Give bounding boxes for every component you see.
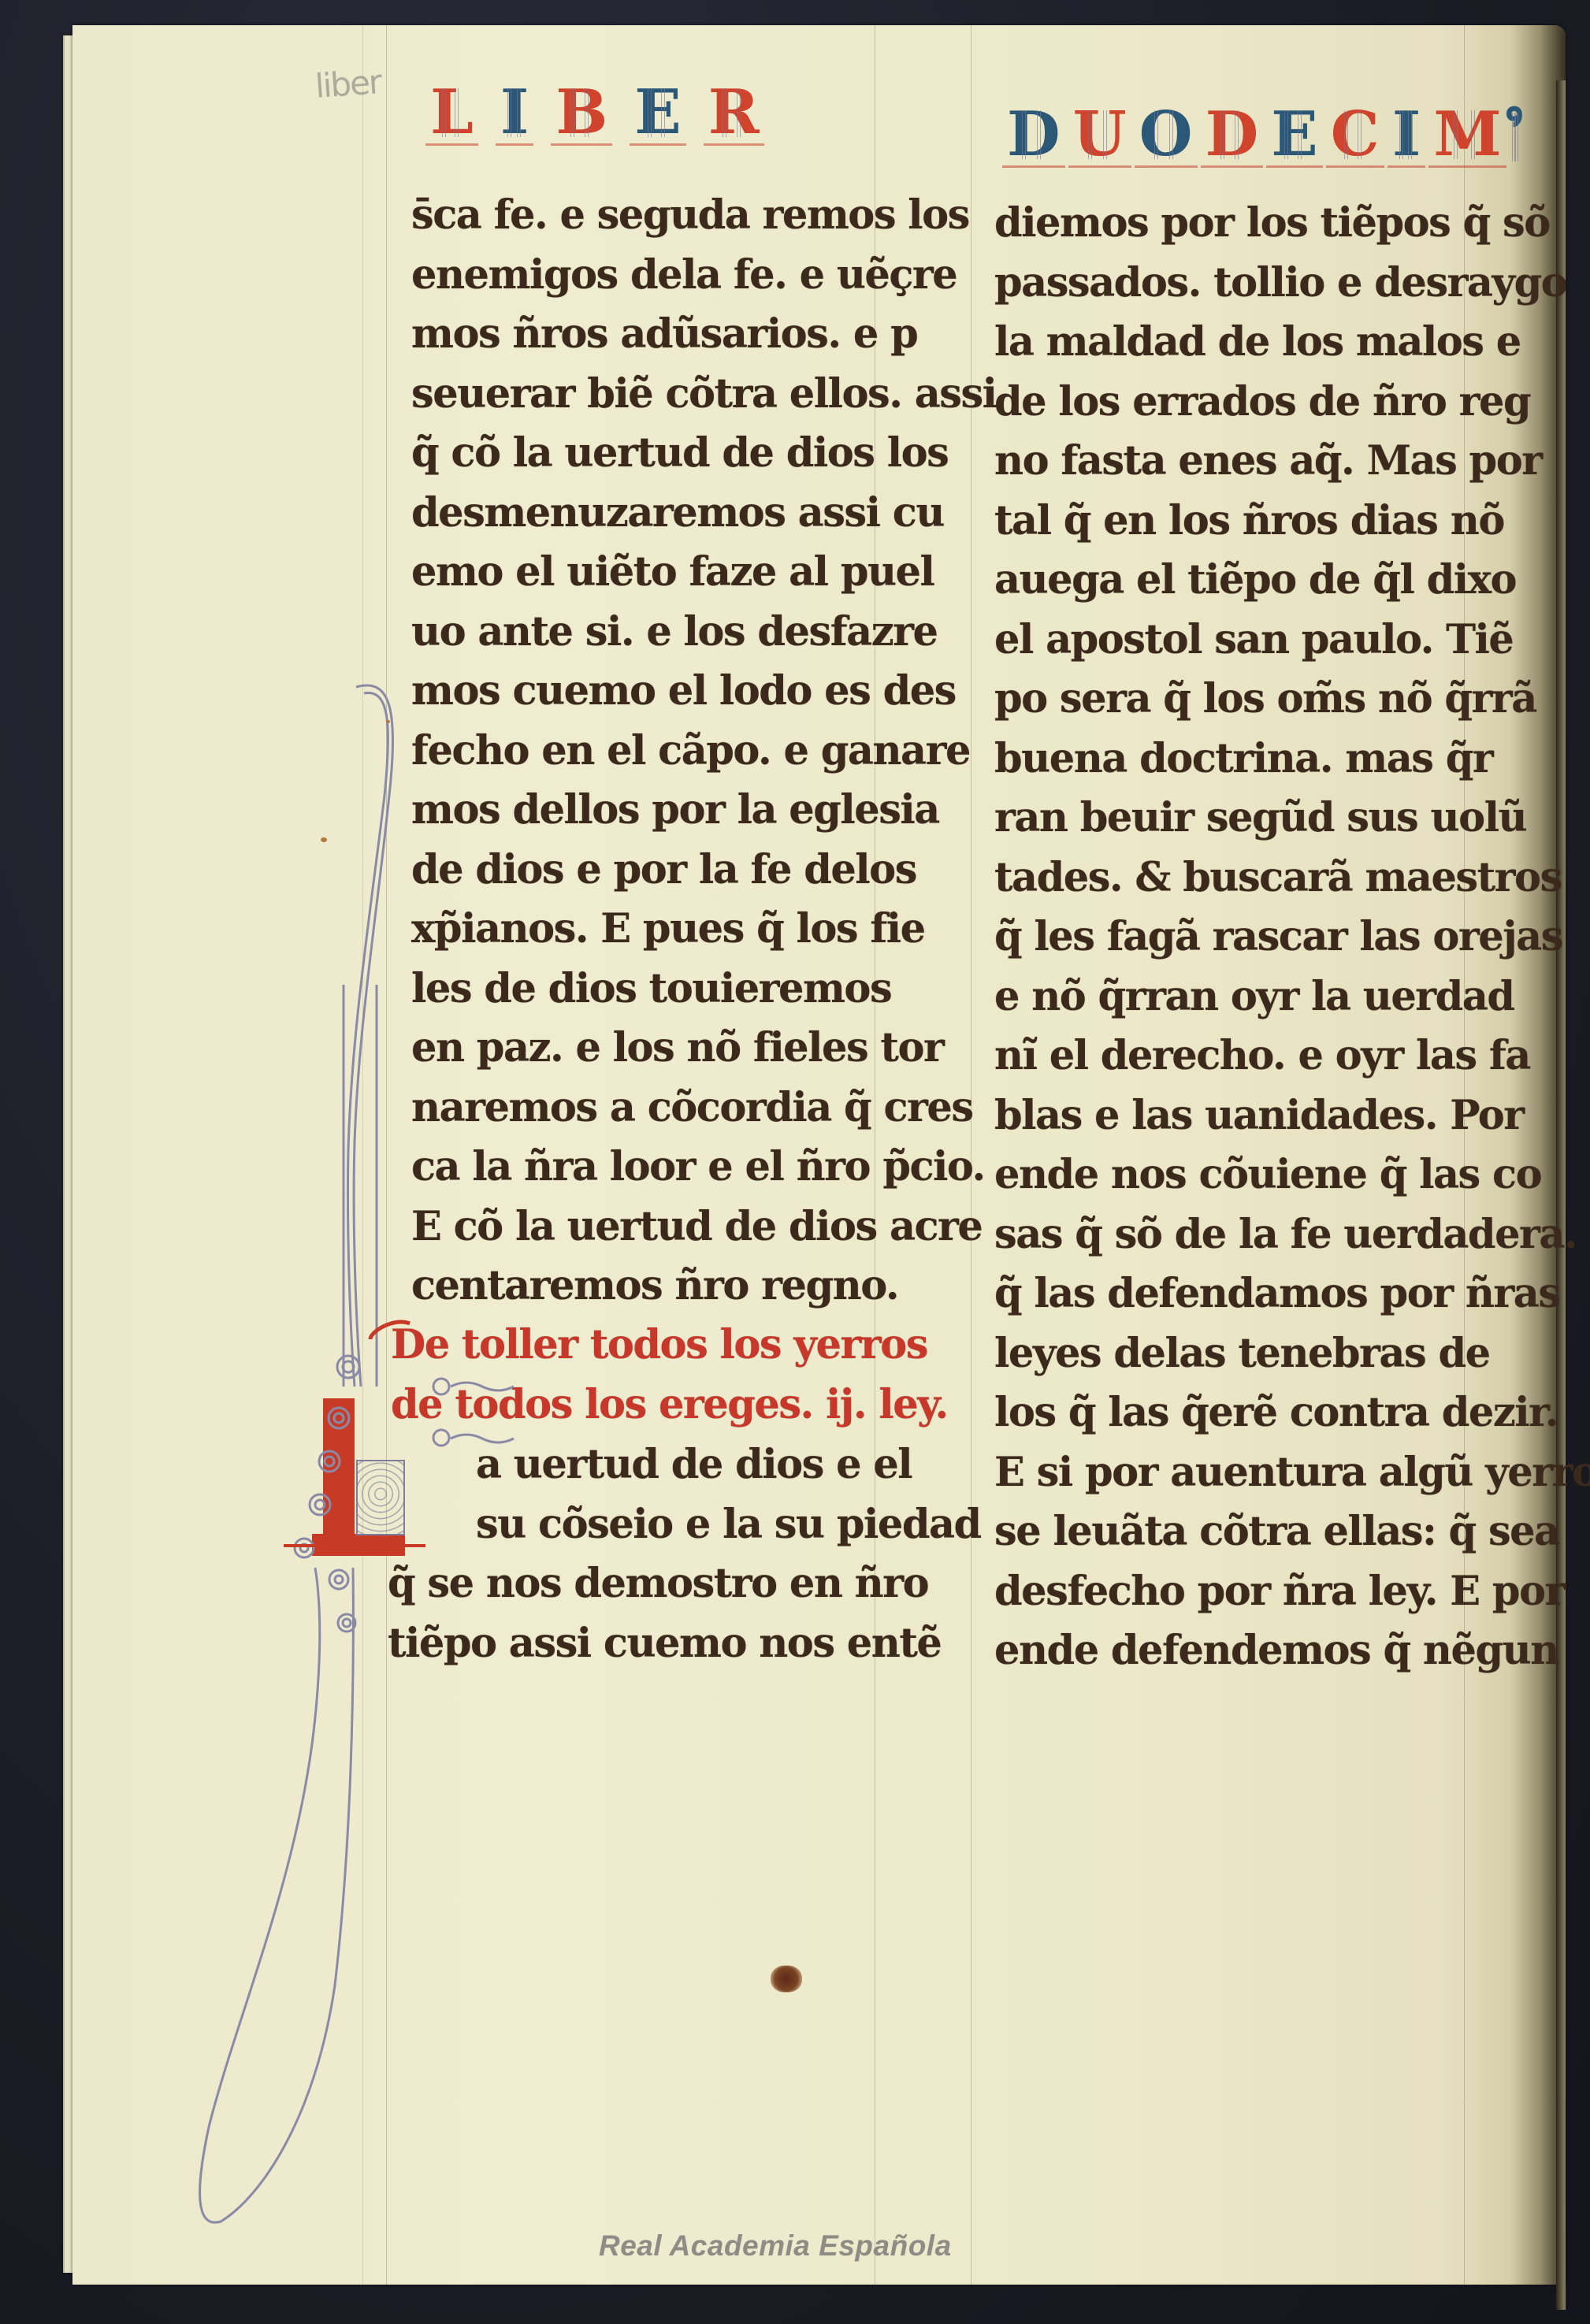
text-line: fecho en el cãpo. e ganare bbox=[411, 722, 997, 781]
ruling-line-outer-margin bbox=[362, 25, 363, 2285]
text-line: uo ante si. e los desfazre bbox=[411, 603, 997, 663]
text-line: mos cuemo el lodo es des bbox=[411, 662, 997, 722]
institution-watermark: Real Academia Española bbox=[599, 2229, 952, 2263]
text-line: leyes delas tenebras de bbox=[994, 1324, 1590, 1384]
ruling-line-left-col-left bbox=[386, 25, 387, 2285]
text-line: naremos a cõcordia q̃ cres bbox=[411, 1078, 997, 1138]
text-line: E si por auentura algũ yerro bbox=[994, 1443, 1590, 1503]
decorated-initial-l bbox=[312, 1398, 405, 1560]
text-line: blas e las uanidades. Por bbox=[994, 1086, 1590, 1146]
text-line: su cõseio e la su piedad bbox=[476, 1495, 981, 1555]
left-text-column: s̄ca fe. e seguda remos los enemigos del… bbox=[411, 186, 997, 1316]
text-line: e nõ q̃rran oyr la uerdad bbox=[994, 967, 1590, 1027]
running-head-letter: M bbox=[1428, 104, 1506, 168]
initial-filigree-box bbox=[356, 1460, 405, 1535]
running-head-letter: I bbox=[496, 82, 534, 146]
rubric-line: De toller todos los yerros bbox=[391, 1316, 948, 1375]
text-line: los q̃ las q̃erẽ contra dezir. bbox=[994, 1383, 1590, 1443]
text-line: ran beuir segũd sus uolũ bbox=[994, 789, 1590, 848]
text-line: de los errados de ñro reg bbox=[994, 373, 1590, 433]
text-line: tades. & buscarã maestros bbox=[994, 848, 1590, 908]
text-line: la maldad de los malos e bbox=[994, 313, 1590, 373]
running-head-right: D U O D E C I M ᷒ bbox=[1002, 104, 1519, 168]
text-line: a uertud de dios e el bbox=[476, 1435, 981, 1495]
left-text-column-end: q̃ se nos demostro en ñro tiẽpo assi c… bbox=[388, 1554, 941, 1673]
text-line: po sera q̃ los om̃s nõ q̃rrã bbox=[994, 670, 1590, 729]
left-text-column-continued: a uertud de dios e el su cõseio e la su… bbox=[476, 1435, 981, 1554]
text-line: de dios e por la fe delos bbox=[411, 841, 997, 900]
text-line: passados. tollio e desraygo bbox=[994, 254, 1590, 314]
text-line: mos dellos por la eglesia bbox=[411, 781, 997, 841]
running-head-left: L I B E R bbox=[425, 82, 764, 146]
initial-foot bbox=[312, 1534, 405, 1556]
right-text-column: diemos por los tiẽpos q̃ sõ passados. … bbox=[994, 194, 1590, 1681]
text-line: q̃ las defendamos por ñras bbox=[994, 1264, 1590, 1324]
ink-speck bbox=[321, 837, 327, 842]
text-line: desmenuzaremos assi cu bbox=[411, 484, 997, 544]
text-line: q̃ les fagã rascar las orejas bbox=[994, 908, 1590, 967]
text-line: diemos por los tiẽpos q̃ sõ bbox=[994, 194, 1590, 254]
text-line: tiẽpo assi cuemo nos entẽ bbox=[388, 1614, 941, 1674]
running-head-letter: E bbox=[630, 82, 685, 146]
text-line: s̄ca fe. e seguda remos los bbox=[411, 186, 997, 246]
text-line: xp̃ianos. E pues q̃ los fie bbox=[411, 900, 997, 960]
text-line: q̃ se nos demostro en ñro bbox=[388, 1554, 941, 1614]
running-head-letter: L bbox=[425, 82, 478, 146]
text-line: E cõ la uertud de dios acre bbox=[411, 1197, 997, 1257]
running-head-letter: E bbox=[1266, 104, 1322, 168]
running-head-letter: I bbox=[1388, 104, 1426, 168]
text-line: q̃ cõ la uertud de dios los bbox=[411, 424, 997, 484]
ink-speck bbox=[386, 720, 390, 723]
text-line: buena doctrina. mas q̃r bbox=[994, 729, 1590, 789]
text-line: seuerar biẽ cõtra ellos. assi bbox=[411, 365, 997, 425]
rubric-heading: De toller todos los yerros de todos los … bbox=[391, 1316, 948, 1435]
initial-stem bbox=[323, 1398, 355, 1556]
text-line: no fasta enes aq̃. Mas por bbox=[994, 432, 1590, 492]
running-head-letter: D bbox=[1002, 104, 1065, 168]
text-line: ende nos cõuiene q̃ las co bbox=[994, 1145, 1590, 1205]
marginal-pencil-note: liber bbox=[314, 62, 381, 106]
text-line: desfecho por ñra ley. E por bbox=[994, 1562, 1590, 1622]
text-line: ende defendemos q̃ nẽgun bbox=[994, 1621, 1590, 1681]
text-line: ca la ñra loor e el ñro p̃cio. bbox=[411, 1138, 997, 1197]
running-head-letter: U bbox=[1068, 104, 1131, 168]
running-head-letter: B bbox=[551, 82, 612, 146]
running-head-letter: ᷒ bbox=[1510, 106, 1519, 168]
text-line: enemigos dela fe. e uẽçre bbox=[411, 246, 997, 306]
running-head-letter: O bbox=[1135, 104, 1198, 168]
text-line: en paz. e los nõ fieles tor bbox=[411, 1019, 997, 1078]
text-line: mos ñros adũsarios. e p bbox=[411, 305, 997, 365]
text-line: les de dios touieremos bbox=[411, 960, 997, 1019]
text-line: centaremos ñro regno. bbox=[411, 1257, 997, 1316]
text-line: tal q̃ en los ñros dias nõ bbox=[994, 492, 1590, 551]
ink-blot bbox=[771, 1966, 802, 1992]
text-line: auega el tiẽpo de q̃l dixo bbox=[994, 551, 1590, 611]
text-line: el apostol san paulo. Tiẽ bbox=[994, 611, 1590, 670]
running-head-letter: R bbox=[704, 82, 764, 146]
text-line: sas q̃ sõ de la fe uerdadera. bbox=[994, 1205, 1590, 1265]
running-head-letter: C bbox=[1326, 104, 1384, 168]
text-line: se leuãta cõtra ellas: q̃ sea bbox=[994, 1502, 1590, 1562]
text-line: emo el uiẽto faze al puel bbox=[411, 543, 997, 603]
rubric-line: de todos los ereges. ij. ley. bbox=[391, 1375, 948, 1435]
text-line: nĩ el derecho. e oyr las fa bbox=[994, 1026, 1590, 1086]
running-head-letter: D bbox=[1201, 104, 1264, 168]
